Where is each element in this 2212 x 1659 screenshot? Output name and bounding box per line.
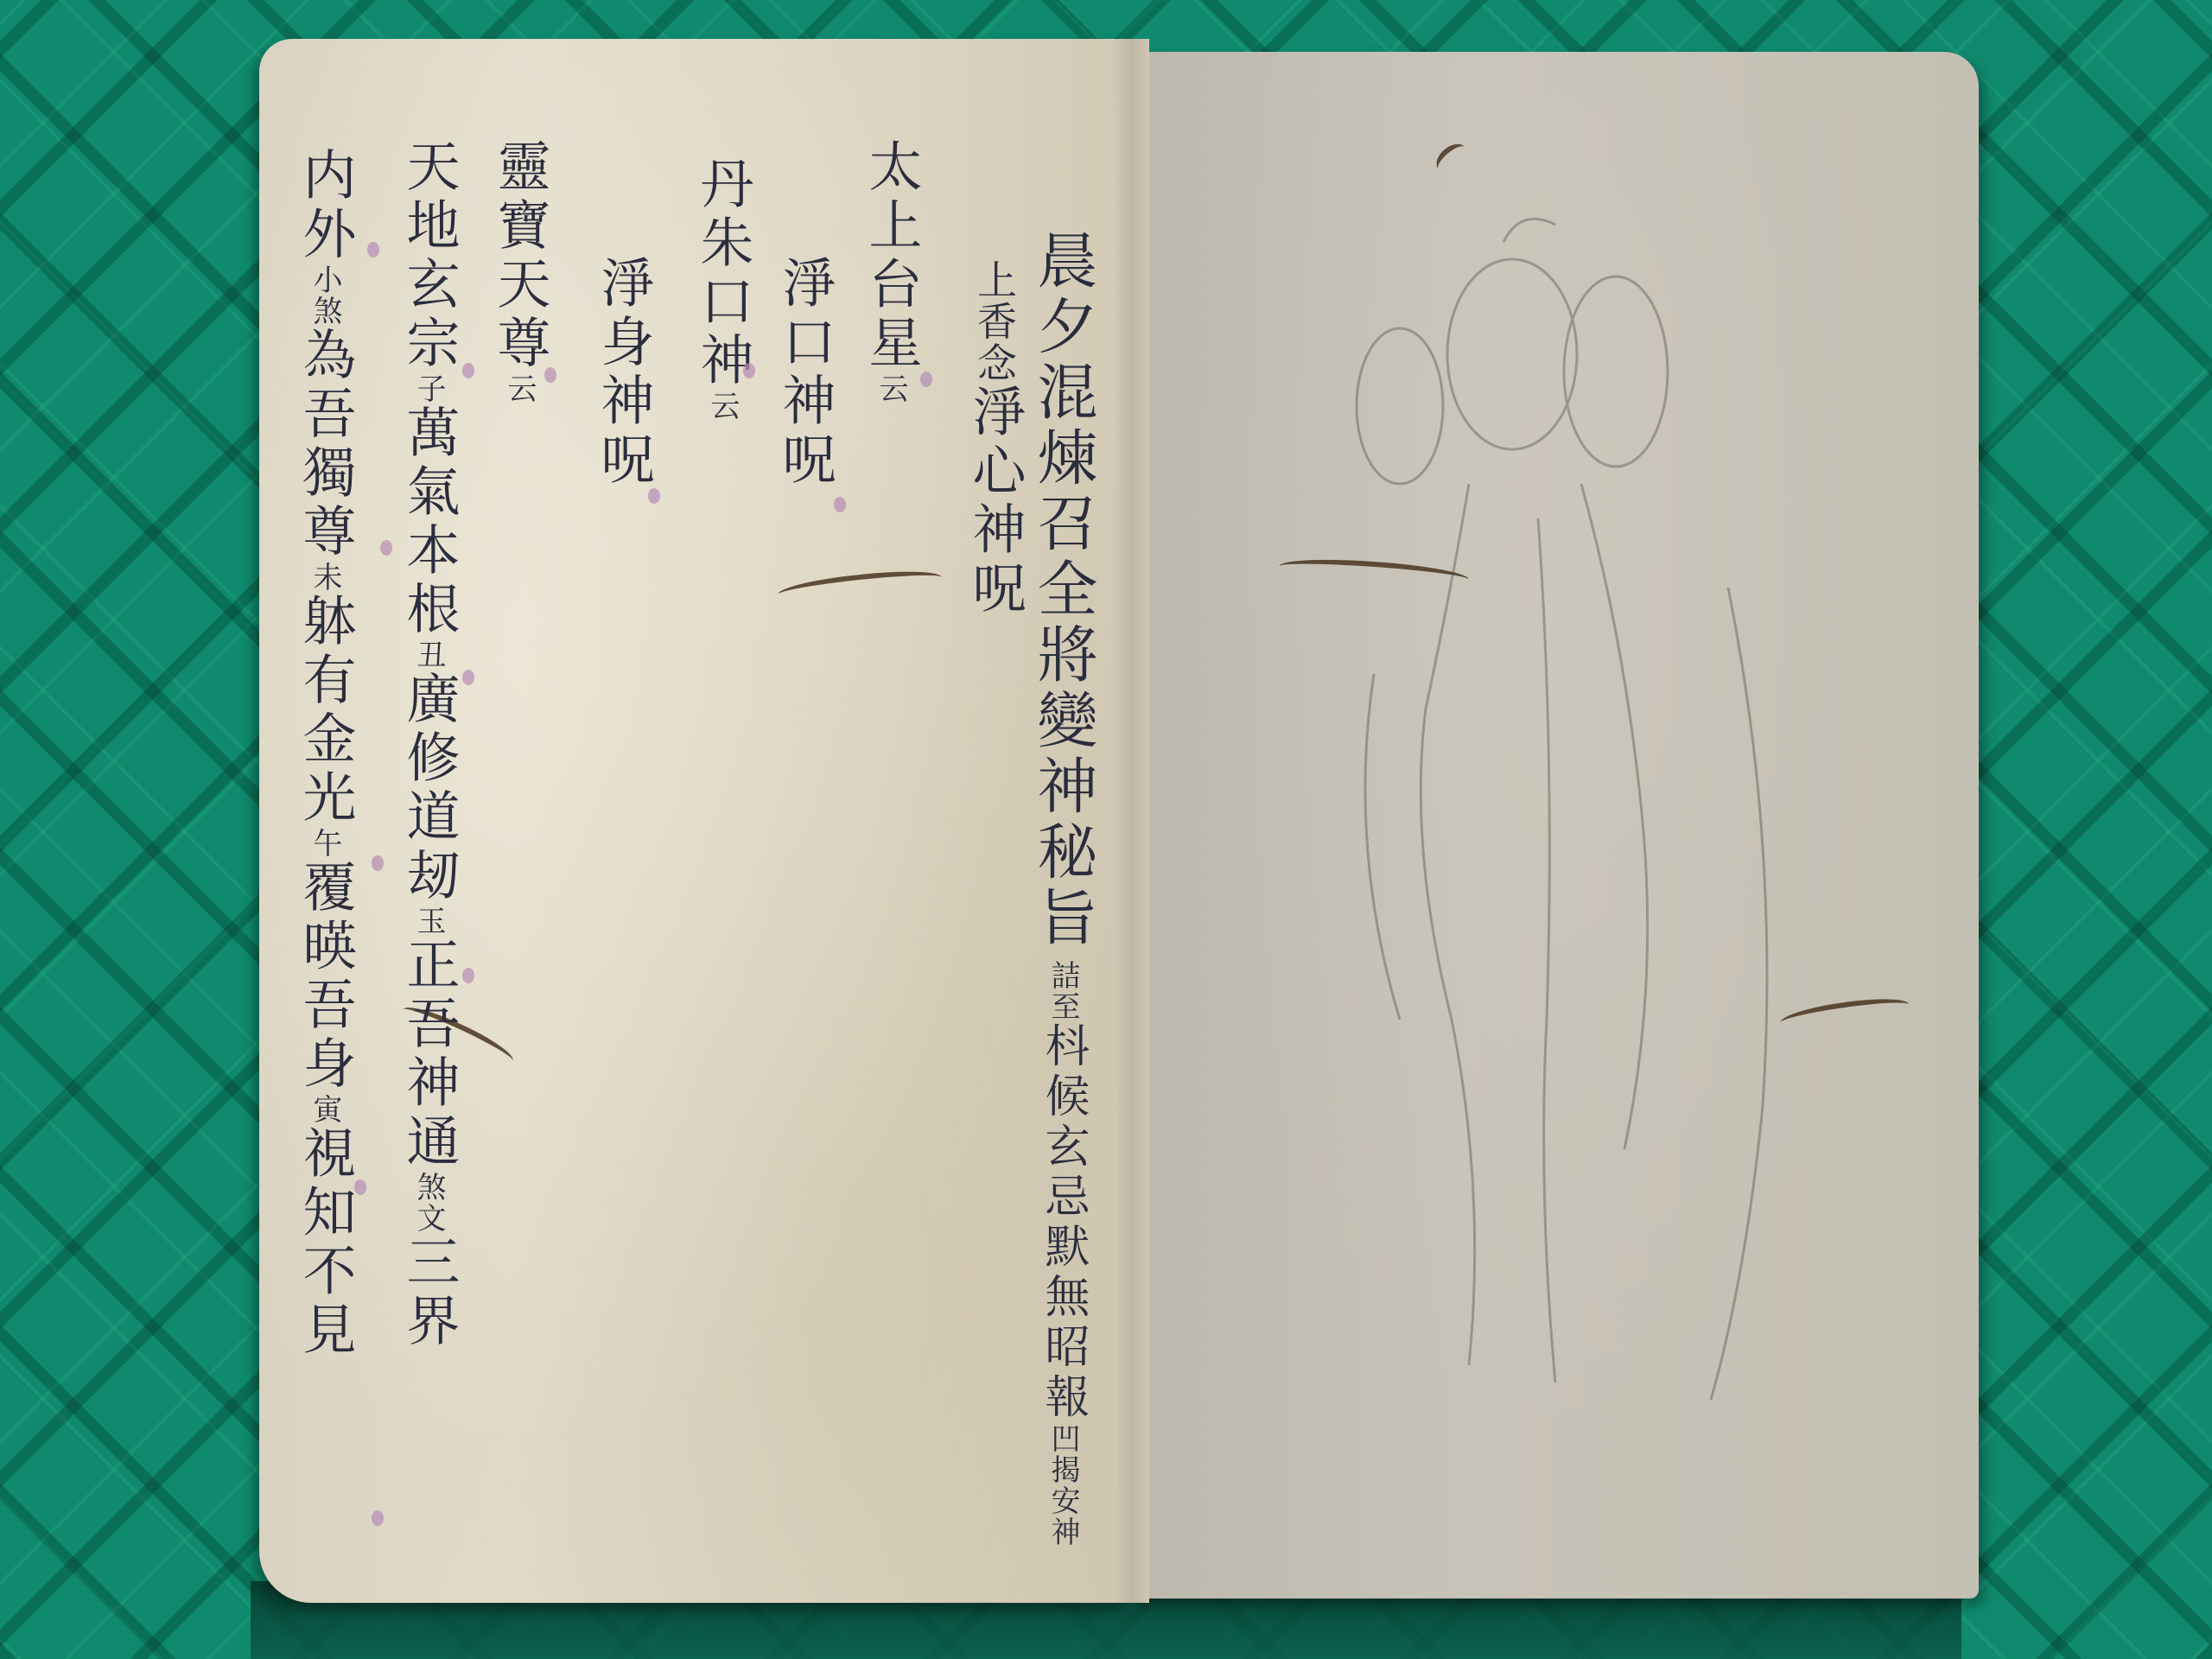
column-text: 淨心神呪 [963,384,1027,619]
column-text: 萬氣本根 [397,404,461,639]
open-manuscript: 晨夕混煉召全將變神秘旨詰至枓候玄忌默無昭報凹揭安神 上香念淨心神呪 太上台星云 … [0,0,2212,1659]
column-text: 晨夕混煉召全將變神秘旨 [1027,229,1098,951]
column-annotation: 未 [308,562,342,593]
text-column-5: 丹朱口神云 [696,156,749,422]
column-annotation: 云 [502,373,537,404]
book-spine [1115,39,1149,1603]
text-column-1: 晨夕混煉召全將變神秘旨詰至枓候玄忌默無昭報凹揭安神 [1033,229,1093,1548]
column-text: 太上台星 [860,138,923,373]
column-text: 躰有金光 [294,593,357,828]
column-annotation: 煞文 [411,1172,446,1234]
punctuation-mark [462,363,474,378]
column-annotation: 寅 [308,1094,342,1125]
text-column-9: 内外小煞為吾獨尊未躰有金光午覆暎吾身寅視知不見 [298,147,352,1360]
text-column-3: 太上台星云 [864,138,918,404]
column-text: 靈寶天尊 [488,138,551,373]
column-annotation: 云 [874,373,908,404]
punctuation-mark [834,497,846,512]
column-text: 淨口神呪 [773,255,836,490]
pencil-sketch-figure [1296,156,1832,1408]
column-annotation: 玉 [411,906,446,937]
text-column-7: 靈寶天尊云 [493,138,546,404]
column-text: 枓候玄忌默無昭報 [1037,1022,1089,1423]
punctuation-mark [648,488,660,504]
column-text: 覆暎吾身 [294,859,357,1094]
column-annotation: 丑 [411,639,446,671]
text-column-4: 淨口神呪 [778,255,831,490]
punctuation-mark [462,968,474,983]
punctuation-mark [380,540,392,556]
column-text: 内外 [294,147,357,264]
punctuation-mark [367,242,379,257]
column-text: 三界 [397,1234,461,1351]
punctuation-mark [544,367,556,383]
text-column-6: 淨身神呪 [596,255,650,490]
column-annotation: 午 [308,828,342,859]
column-text: 淨身神呪 [592,255,655,490]
column-annotation: 凹揭安神 [1046,1423,1080,1548]
column-annotation: 子 [411,373,446,404]
punctuation-mark [354,1179,366,1195]
column-text: 正吾神通 [397,937,461,1172]
column-text: 丹朱口神 [691,156,754,391]
column-prefix: 上香念 [971,259,1018,384]
column-annotation: 詰至 [1046,960,1080,1022]
column-text: 為吾獨尊 [294,327,357,562]
column-annotation: 云 [705,391,740,422]
punctuation-mark [462,670,474,685]
text-column-2: 上香念淨心神呪 [968,259,1021,619]
punctuation-mark [372,1510,384,1526]
column-text: 廣修道刼 [397,671,461,906]
punctuation-mark [372,855,384,871]
column-text: 天地玄宗 [397,138,461,373]
column-text: 視知不見 [294,1125,357,1360]
text-column-8: 天地玄宗子萬氣本根丑廣修道刼玉正吾神通煞文三界 [402,138,455,1351]
punctuation-mark [920,372,932,387]
column-annotation: 小煞 [308,264,342,327]
punctuation-mark [743,363,755,378]
